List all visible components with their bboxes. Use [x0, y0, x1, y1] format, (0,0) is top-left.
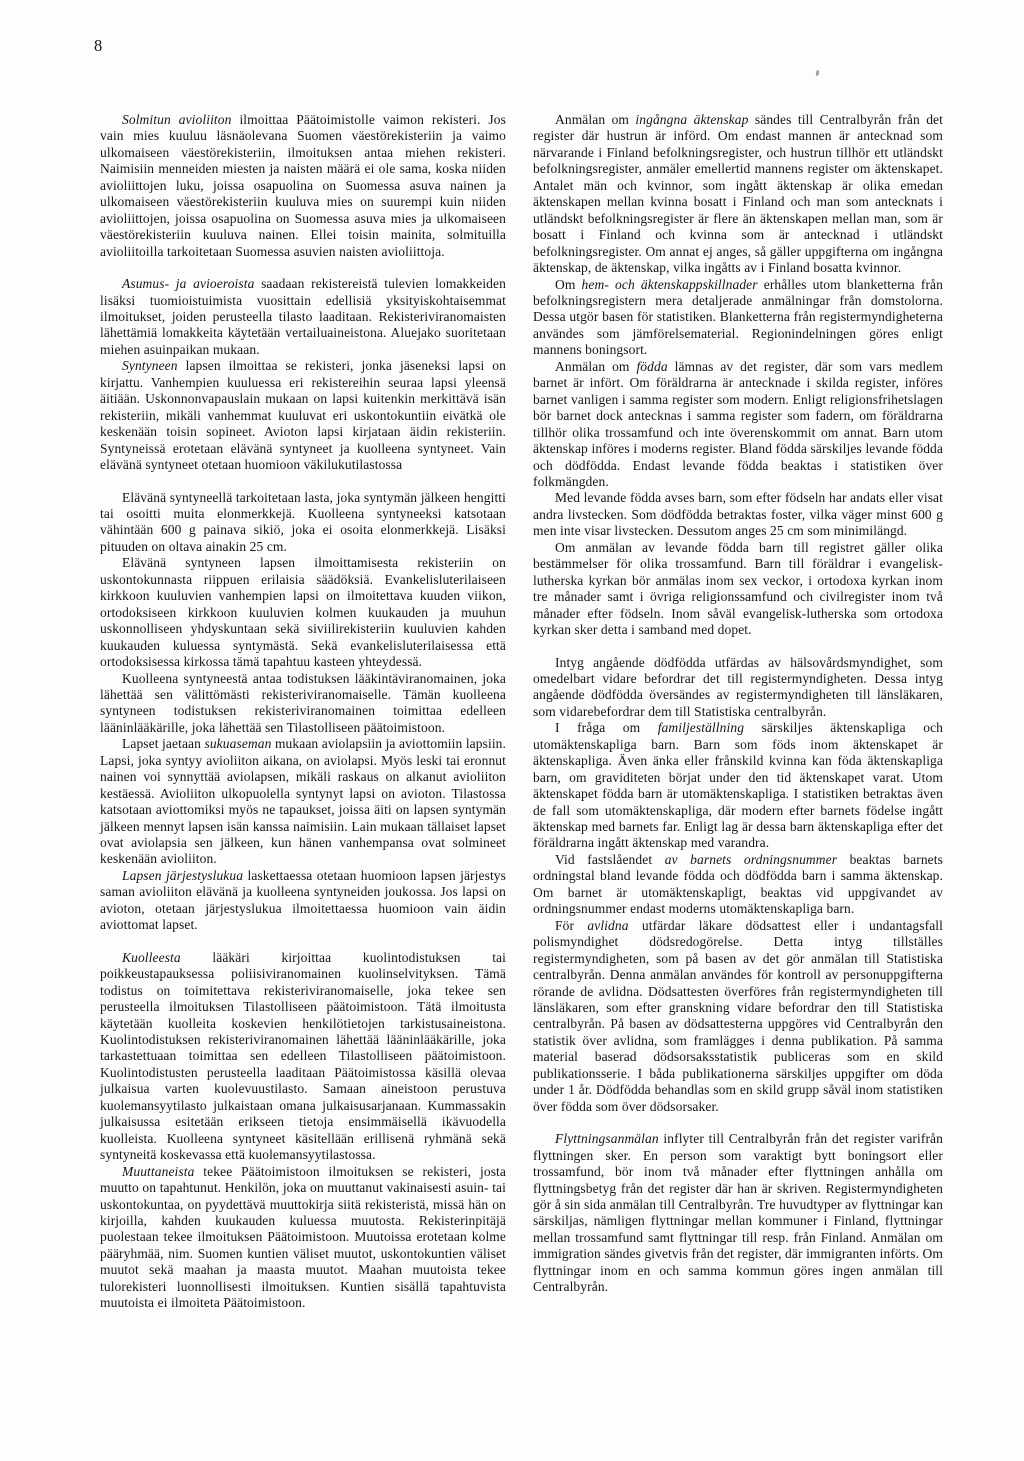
text-segment: Anmälan om: [555, 359, 636, 374]
text-segment: ilmoittaa Päätoimistolle vaimon rekister…: [100, 112, 506, 259]
paragraph: I fråga om familjeställning särskiljes ä…: [533, 720, 943, 852]
scan-artifact: [815, 70, 819, 77]
document-page: 8 Solmitun avioliiton ilmoittaa Päätoimi…: [0, 0, 1024, 1461]
text-segment: särskiljes äktenskapliga och utomäktensk…: [533, 720, 943, 850]
italic-term: av barnets ordningsnummer: [665, 852, 837, 867]
text-segment: utfärdar läkare dödsattest eller i undan…: [533, 918, 943, 1114]
paragraph: Solmitun avioliiton ilmoittaa Päätoimist…: [100, 112, 506, 260]
text-segment: mukaan aviolapsiin ja aviottomiin lapsii…: [100, 736, 506, 866]
text-segment: lääkäri kirjoittaa kuolintodistuksen tai…: [100, 950, 506, 1162]
text-segment: Anmälan om: [555, 112, 635, 127]
text-segment: Elävänä syntyneen lapsen ilmoittamisesta…: [100, 555, 506, 669]
paragraph: Vid fastslåendet av barnets ordningsnumm…: [533, 852, 943, 918]
italic-term: födda: [636, 359, 667, 374]
text-segment: Vid fastslåendet: [555, 852, 665, 867]
italic-term: sukuaseman: [204, 736, 271, 751]
text-segment: Kuolleena syntyneestä antaa todistuksen …: [100, 671, 506, 735]
italic-term: Lapsen järjestyslukua: [122, 868, 243, 883]
paragraph: Intyg angående dödfödda utfärdas av häls…: [533, 655, 943, 721]
italic-term: Muuttaneista: [122, 1164, 194, 1179]
page-number: 8: [94, 38, 102, 55]
italic-term: hem- och äktenskappskillnader: [582, 277, 758, 292]
paragraph: Syntyneen lapsen ilmoittaa se rekisteri,…: [100, 358, 506, 473]
column-finnish: Solmitun avioliiton ilmoittaa Päätoimist…: [100, 112, 506, 1312]
text-segment: tekee Päätoimistoon ilmoituksen se rekis…: [100, 1164, 506, 1311]
paragraph: Kuolleena syntyneestä antaa todistuksen …: [100, 671, 506, 737]
paragraph: Kuolleesta lääkäri kirjoittaa kuolintodi…: [100, 950, 506, 1164]
text-segment: Lapset jaetaan: [122, 736, 204, 751]
paragraph: Om hem- och äktenskappskillnader erhålle…: [533, 277, 943, 359]
text-segment: lämnas av det register, där som vars med…: [533, 359, 943, 489]
paragraph: Om anmälan av levande födda barn till re…: [533, 540, 943, 639]
italic-term: Asumus- ja avioeroista: [122, 276, 254, 291]
text-segment: Om: [555, 277, 582, 292]
paragraph: Muuttaneista tekee Päätoimistoon ilmoitu…: [100, 1164, 506, 1312]
italic-term: Kuolleesta: [122, 950, 181, 965]
text-segment: I fråga om: [555, 720, 658, 735]
paragraph: Elävänä syntyneellä tarkoitetaan lasta, …: [100, 490, 506, 556]
text-segment: sändes till Centralbyrån från det regist…: [533, 112, 943, 275]
text-segment: Om anmälan av levande födda barn till re…: [533, 540, 943, 637]
paragraph: Anmälan om födda lämnas av det register,…: [533, 359, 943, 491]
italic-term: Flyttningsanmälan: [555, 1131, 659, 1146]
paragraph: Med levande födda avses barn, som efter …: [533, 490, 943, 539]
two-column-text: Solmitun avioliiton ilmoittaa Päätoimist…: [100, 112, 943, 1312]
italic-term: avlidna: [587, 918, 628, 933]
paragraph: Lapset jaetaan sukuaseman mukaan aviolap…: [100, 736, 506, 868]
text-segment: För: [555, 918, 587, 933]
text-segment: Intyg angående dödfödda utfärdas av häls…: [533, 655, 943, 719]
italic-term: Solmitun avioliiton: [122, 112, 232, 127]
text-segment: Med levande födda avses barn, som efter …: [533, 490, 943, 538]
column-swedish: Anmälan om ingångna äktenskap sändes til…: [533, 112, 943, 1312]
text-segment: inflyter till Centralbyrån från det regi…: [533, 1131, 943, 1294]
paragraph: Asumus- ja avioeroista saadaan rekistere…: [100, 276, 506, 358]
paragraph: Lapsen järjestyslukua laskettaessa oteta…: [100, 868, 506, 934]
text-segment: lapsen ilmoittaa se rekisteri, jonka jäs…: [100, 358, 506, 472]
text-segment: Elävänä syntyneellä tarkoitetaan lasta, …: [100, 490, 506, 554]
italic-term: Syntyneen: [122, 358, 178, 373]
italic-term: ingångna äktenskap: [635, 112, 748, 127]
italic-term: familjeställning: [658, 720, 744, 735]
paragraph: Anmälan om ingångna äktenskap sändes til…: [533, 112, 943, 277]
paragraph: Elävänä syntyneen lapsen ilmoittamisesta…: [100, 555, 506, 670]
paragraph: För avlidna utfärdar läkare dödsattest e…: [533, 918, 943, 1115]
paragraph: Flyttningsanmälan inflyter till Centralb…: [533, 1131, 943, 1296]
